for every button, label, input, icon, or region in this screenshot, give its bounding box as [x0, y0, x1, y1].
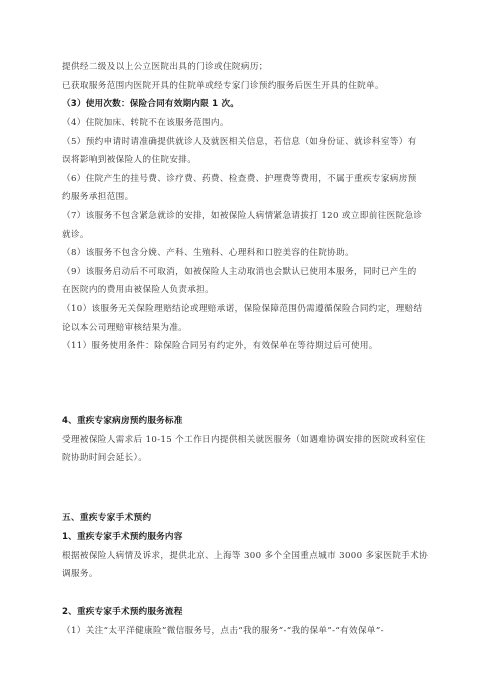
- paragraph-line: 根据被保险人病情及诉求，提供北京、上海等 300 多个全国重点城市 3000 多…: [62, 550, 428, 562]
- paragraph-line: 院协助时间会延长）。: [62, 452, 147, 464]
- paragraph-line: （8）该服务不包含分娩、产科、生殖科、心理科和口腔美容的住院协助。: [62, 247, 354, 259]
- paragraph-line: 调服务。: [62, 568, 98, 580]
- paragraph-line: 约服务承担范围。: [62, 191, 134, 203]
- paragraph-line: （4）住院加床、转院不在该服务范围内。: [62, 117, 229, 129]
- section-heading: 五、重疾专家手术预约: [62, 512, 151, 524]
- section-heading: 2、重疾专家手术预约服务流程: [62, 606, 183, 618]
- paragraph-line: 受理被保险人需求后 10-15 个工作日内提供相关就医服务（如遇难协调安排的医院…: [62, 434, 426, 446]
- paragraph-line: （7）该服务不包含紧急就诊的安排，如被保险人病情紧急请拔打 120 或立即前往医…: [62, 210, 422, 222]
- paragraph-line: （6）住院产生的挂号费、诊疗费、药费、检查费、护理费等费用，不属于重疾专家病房预: [62, 173, 417, 185]
- paragraph-line: （1）关注“太平洋健康险”微信服务号，点击“我的服务”-“我的保单”-“有效保单…: [62, 625, 384, 637]
- paragraph-line: 在医院内的费用由被保险人负责承担。: [62, 284, 214, 296]
- section-heading: （3）使用次数：保险合同有效期内限 1 次。: [62, 98, 239, 110]
- paragraph-line: （11）服务使用条件：除保险合同另有约定外，有效保单在等待期过后可使用。: [62, 340, 378, 352]
- paragraph-line: 就诊。: [62, 229, 89, 241]
- paragraph-line: （9）该服务启动后不可取消，如被保险人主动取消也会默认已使用本服务，同时已产生的: [62, 266, 417, 278]
- paragraph-line: （5）预约申请时请准确提供就诊人及就医相关信息，若信息（如身份证、就诊科室等）有: [62, 136, 417, 148]
- paragraph-line: 论以本公司理赔审核结果为准。: [62, 322, 187, 334]
- paragraph-line: 已获取服务范围内医院开具的住院单或经专家门诊预约服务后医生开具的住院单。: [62, 80, 384, 92]
- section-heading: 4、重疾专家病房预约服务标准: [62, 415, 183, 427]
- paragraph-line: 误将影响到被保险人的住院安排。: [62, 154, 196, 166]
- section-heading: 1、重疾专家手术预约服务内容: [62, 531, 183, 543]
- paragraph-line: 提供经二级及以上公立医院出具的门诊或住院病历；: [62, 61, 268, 73]
- paragraph-line: （10）该服务无关保险理赔结论或理赔承诺，保险保障范围仍需遵循保险合同约定，理赔…: [62, 303, 422, 315]
